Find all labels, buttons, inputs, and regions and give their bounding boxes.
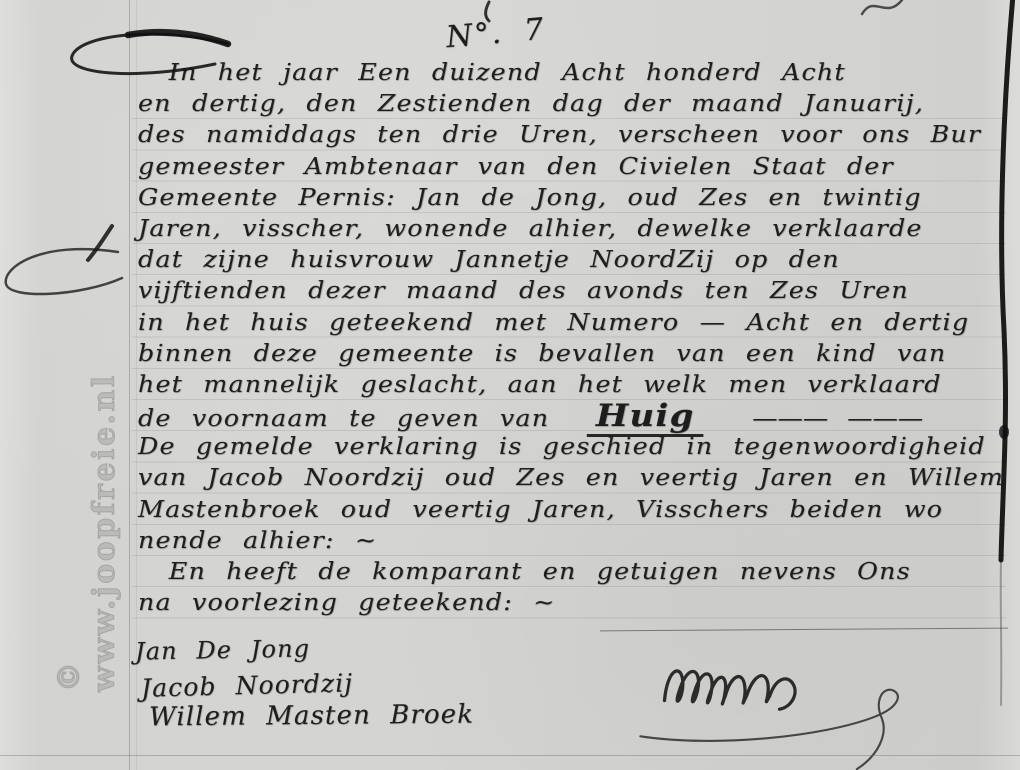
watermark: © www.joopfreie.nl xyxy=(52,332,94,692)
closing-line: En heeft de komparant en getuigen nevens… xyxy=(138,557,1020,588)
body-line: gemeester Ambtenaar van den Civielen Sta… xyxy=(138,152,1020,183)
name-line-prefix: de voornaam te geven van xyxy=(138,406,549,432)
body-line: Jaren, visscher, wonende alhier, dewelke… xyxy=(138,214,1020,245)
registrar-signature-scrawl-icon xyxy=(630,628,960,770)
body-line: dat zijne huisvrouw Jannetje NoordZij op… xyxy=(138,245,1020,276)
child-name: Huig xyxy=(587,398,703,437)
body-line: binnen deze gemeente is bevallen van een… xyxy=(138,339,1020,370)
signature-jan-de-jong: Jan De Jong xyxy=(135,634,311,665)
name-line: de voornaam te geven van Huig ——— ——— xyxy=(138,401,1020,432)
signature-jacob-noordzij: Jacob Noordzij xyxy=(141,668,354,703)
body-line: des namiddags ten drie Uren, verscheen v… xyxy=(138,120,1020,151)
record-number: N°. 7 xyxy=(445,12,547,56)
body-line: het mannelijk geslacht, aan het welk men… xyxy=(138,370,1020,401)
signature-area-rule xyxy=(600,628,1008,632)
signature-willem-mastenbroek: Willem Masten Broek xyxy=(149,700,474,733)
body-line: in het huis geteekend met Numero — Acht … xyxy=(138,308,1020,339)
name-line-dash: ——— ——— xyxy=(752,406,923,432)
scanned-register-page: N°. 7 © www.joopfreie.nl In het jaar Een… xyxy=(0,0,1020,770)
body-line: vijftienden dezer maand des avonds ten Z… xyxy=(138,276,1020,307)
body-line: Mastenbroek oud veertig Jaren, Visschers… xyxy=(138,495,1020,526)
body-line: en dertig, den Zestienden dag der maand … xyxy=(138,89,1020,120)
act-body-text: In het jaar Een duizend Acht honderd Ach… xyxy=(138,58,1020,619)
body-line: nende alhier: ~ xyxy=(138,526,1020,557)
body-line: van Jacob Noordzij oud Zes en veertig Ja… xyxy=(138,463,1020,494)
body-line: Gemeente Pernis: Jan de Jong, oud Zes en… xyxy=(138,183,1020,214)
closing-line: na voorlezing geteekend: ~ xyxy=(138,588,1020,619)
body-line: De gemelde verklaring is geschied in teg… xyxy=(138,432,1020,463)
body-line: In het jaar Een duizend Acht honderd Ach… xyxy=(138,58,1020,89)
margin-line xyxy=(129,0,130,770)
page-bottom-rule xyxy=(0,755,1020,756)
